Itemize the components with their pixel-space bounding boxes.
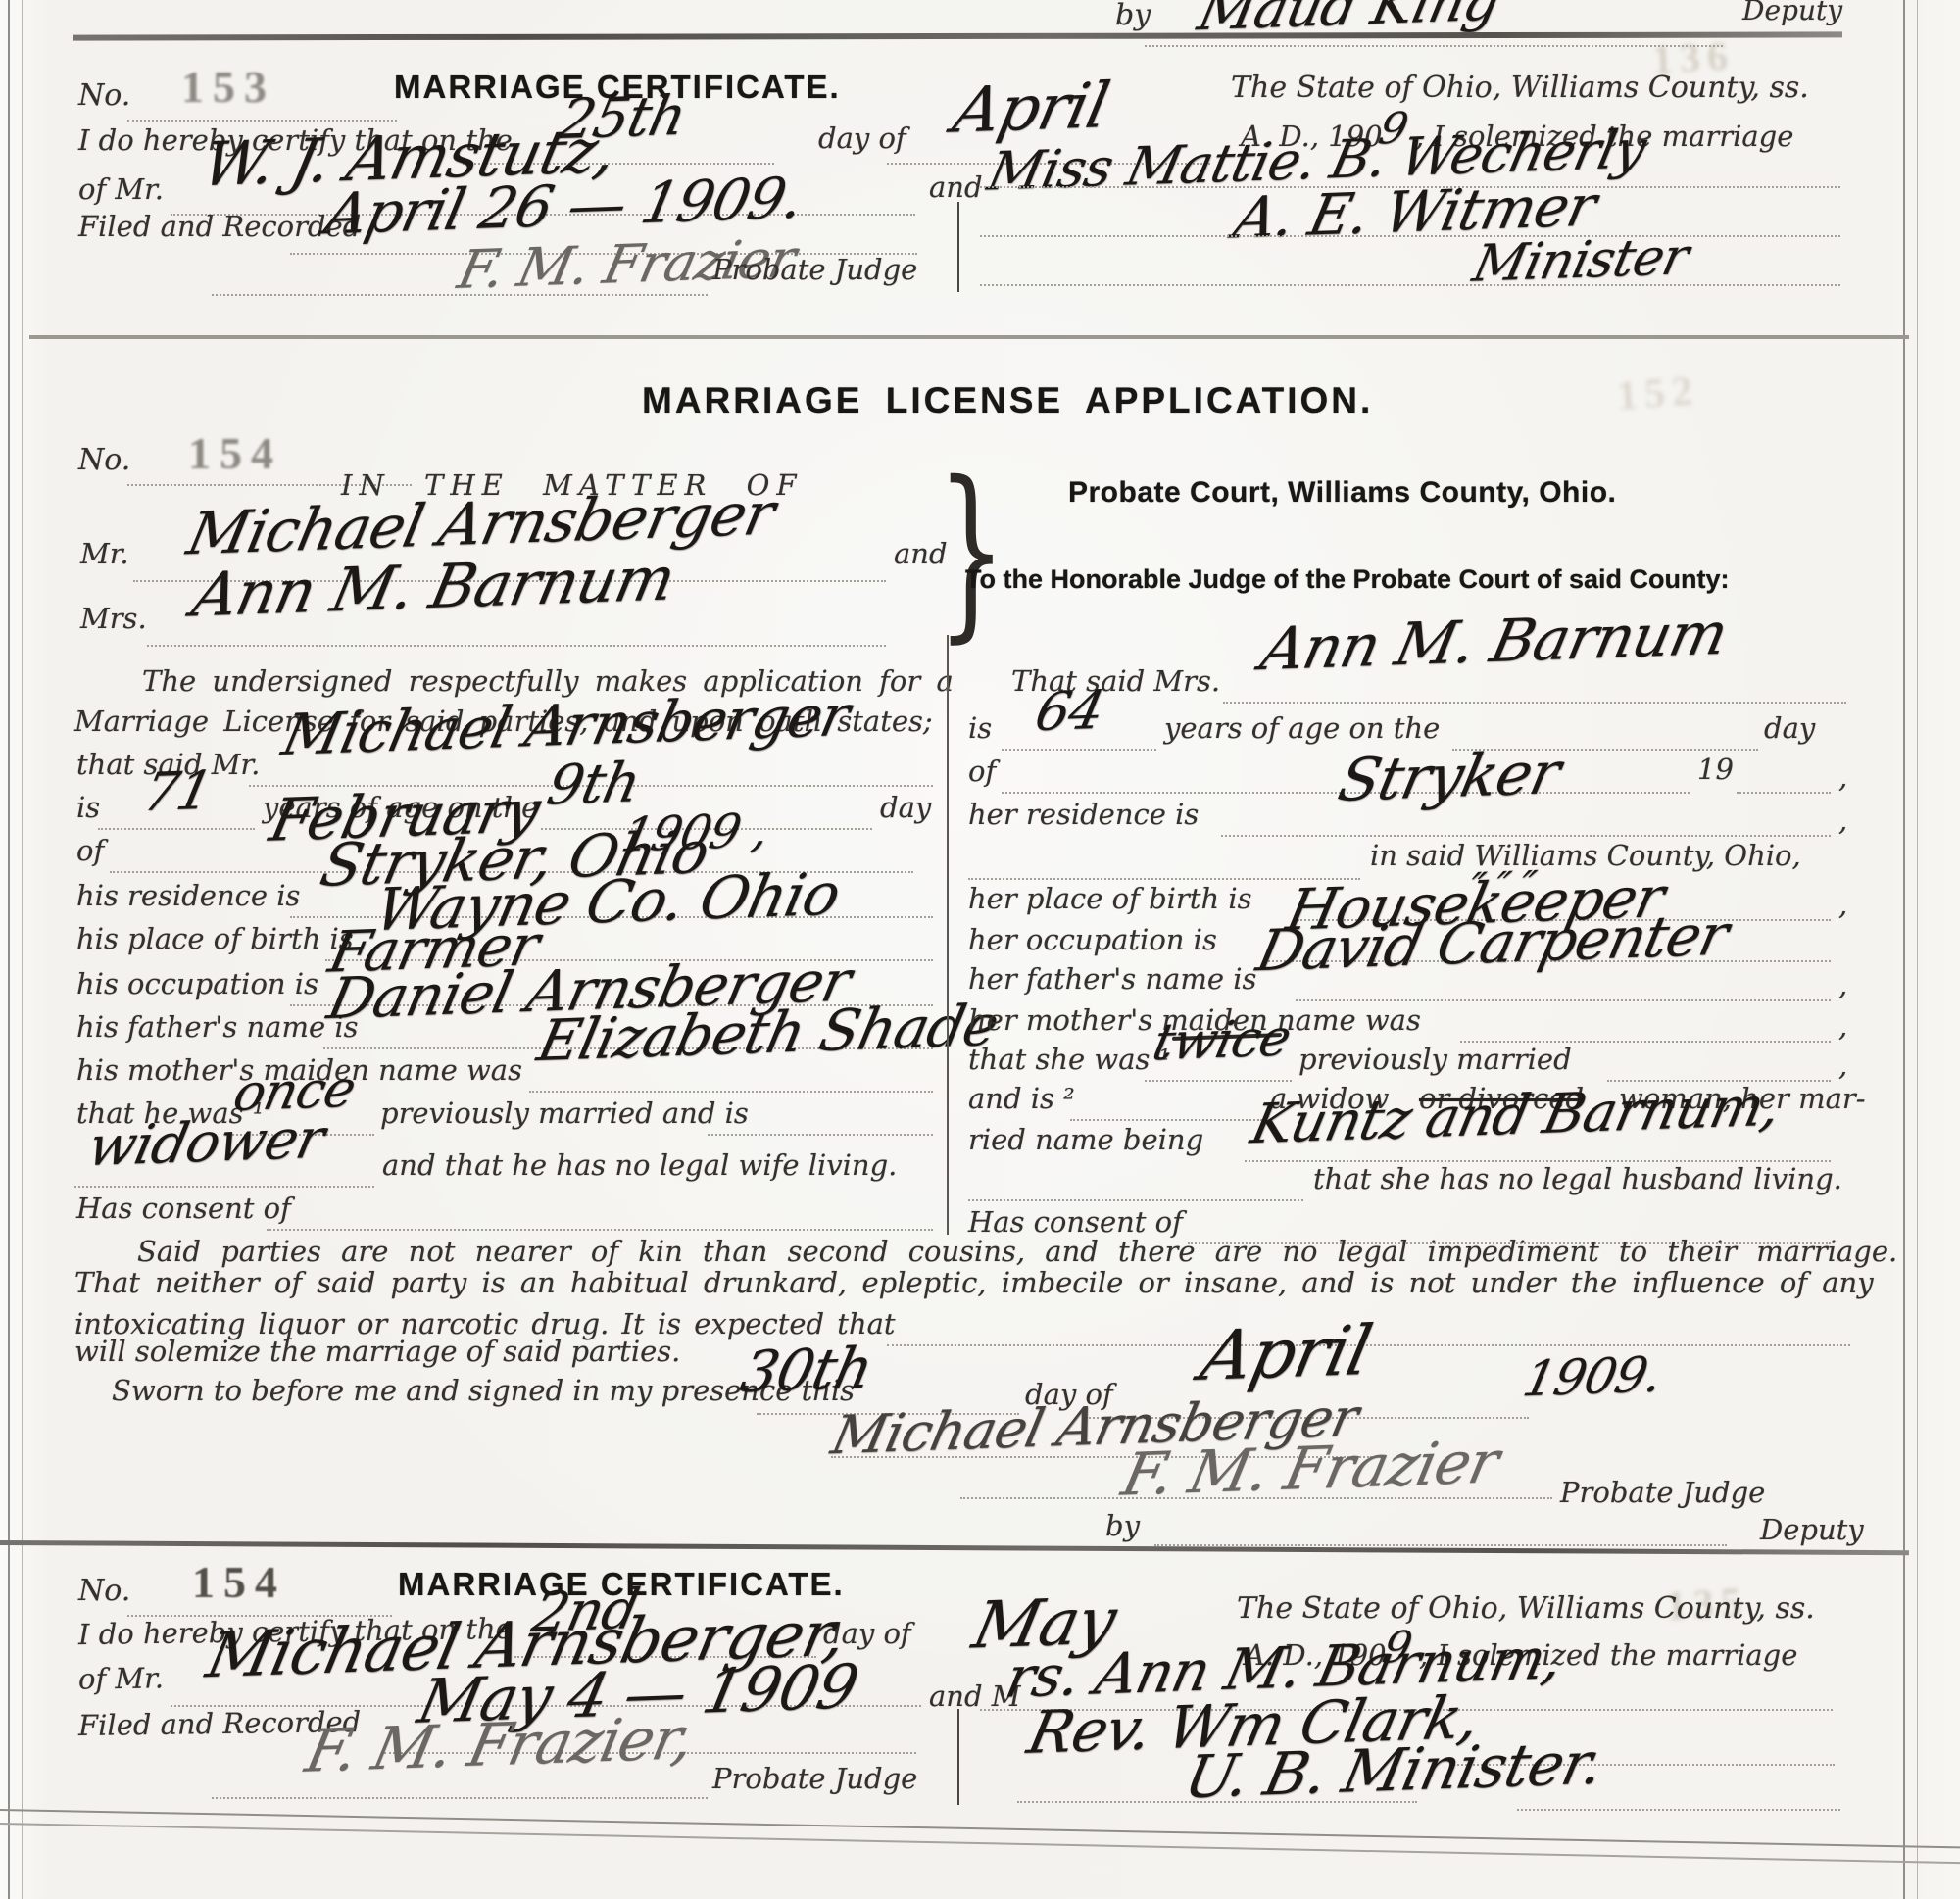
female-and-is-label: and is ² xyxy=(968,1082,1075,1115)
male-consent-label: Has consent of xyxy=(76,1192,291,1225)
scanned-marriage-record-page: 136 152 135 by Maud King Deputy No. 153 … xyxy=(0,0,1960,1899)
application-by-label: by xyxy=(1105,1509,1140,1542)
blank-line xyxy=(968,1199,1303,1201)
female-birthplace-label: her place of birth is xyxy=(968,882,1252,915)
female-name-value: Ann M. Barnum xyxy=(1255,600,1734,684)
female-day-label: day xyxy=(1764,711,1815,745)
female-residence-value: Stryker xyxy=(1333,739,1566,815)
blank-line xyxy=(127,120,397,122)
blank-line xyxy=(960,1497,1552,1499)
male-of-label: of xyxy=(76,834,104,867)
line-end-comma: , xyxy=(1838,760,1847,794)
blank-line xyxy=(1017,1801,1417,1803)
female-age-mid-label: years of age on the xyxy=(1164,711,1440,745)
cert154-no-label: No. xyxy=(78,1574,130,1608)
ghost-stamp: 152 xyxy=(1615,367,1700,420)
application-title: MARRIAGE LICENSE APPLICATION. xyxy=(642,380,1373,421)
cert154-minister-title: U. B. Minister. xyxy=(1179,1729,1609,1813)
cert153-judge-label: Probate Judge xyxy=(712,253,917,286)
blank-line xyxy=(1296,999,1831,1001)
affirmation-line: That neither of said party is an habitua… xyxy=(74,1266,1874,1299)
blank-line xyxy=(212,294,708,296)
cert154-state-line: The State of Ohio, Williams County, ss. xyxy=(1237,1591,1815,1626)
male-no-wife-label: and that he has no legal wife living. xyxy=(382,1148,897,1182)
female-father-label: her father's name is xyxy=(968,962,1256,996)
female-married-label: that she was ¹ xyxy=(968,1043,1170,1076)
application-column-divider xyxy=(947,635,949,1235)
cert153-state-line: The State of Ohio, Williams County, ss. xyxy=(1231,71,1809,105)
probate-court-heading: Probate Court, Williams County, Ohio. xyxy=(1068,476,1616,510)
cert153-of-mr-label: of Mr. xyxy=(78,172,164,206)
blank-line xyxy=(1737,792,1831,794)
sworn-day-value: 30th xyxy=(735,1335,878,1406)
blank-line xyxy=(267,1229,933,1231)
female-ried-name-label: ried name being xyxy=(968,1123,1203,1156)
page-left-edge-line-inner xyxy=(22,0,23,1899)
sworn-year-value: 1909. xyxy=(1518,1346,1667,1408)
blank-line xyxy=(1002,749,1156,751)
affirmation-line: Said parties are not nearer of kin than … xyxy=(137,1235,1897,1268)
female-year-19-label: 19 xyxy=(1697,753,1734,786)
blank-line xyxy=(980,235,1840,237)
section-divider-bar xyxy=(0,1540,1909,1555)
blank-line xyxy=(147,645,886,647)
cert154-judge-label: Probate Judge xyxy=(712,1762,917,1795)
female-of-label: of xyxy=(968,755,996,788)
female-is-label: is xyxy=(968,711,992,745)
blank-line xyxy=(980,284,1840,286)
female-no-husband-label: that she has no legal husband living. xyxy=(1313,1162,1842,1195)
application-mr-label: Mr. xyxy=(80,537,129,570)
line-end-comma: , xyxy=(1838,803,1847,837)
blank-line xyxy=(74,1186,374,1188)
blank-line xyxy=(529,1091,933,1093)
cert154-column-divider xyxy=(957,1709,959,1805)
female-married-post-label: previously married xyxy=(1298,1043,1572,1076)
male-occupation-label: his occupation is xyxy=(76,967,318,1000)
affirmation-line: will solemize the marriage of said parti… xyxy=(74,1335,680,1368)
line-end-comma: , xyxy=(1838,1009,1847,1043)
line-end-comma: , xyxy=(1838,888,1847,921)
honorable-judge-heading: To the Honorable Judge of the Probate Co… xyxy=(965,564,1730,595)
cert153-month-value: April xyxy=(947,70,1114,147)
male-day-label: day xyxy=(880,791,931,824)
female-occupation-label: her occupation is xyxy=(968,923,1217,956)
cert153-number-stamp: 153 xyxy=(181,61,275,113)
brace-glyph: } xyxy=(937,443,1006,660)
cert153-day-of-label: day of xyxy=(818,122,906,155)
blank-line xyxy=(212,1797,708,1799)
cert154-number-stamp: 154 xyxy=(192,1556,286,1608)
blank-line xyxy=(1145,45,1723,47)
cert153-filed-label: Filed and Recorded xyxy=(78,210,361,243)
application-judge-label: Probate Judge xyxy=(1560,1476,1765,1509)
application-mrs-label: Mrs. xyxy=(80,602,147,635)
blank-line xyxy=(1221,835,1831,837)
cert153-column-divider xyxy=(957,202,959,292)
female-consent-label: Has consent of xyxy=(968,1205,1183,1239)
blank-line xyxy=(1517,1809,1840,1811)
male-is-label: is xyxy=(76,791,100,824)
blank-line xyxy=(708,1134,933,1136)
prev-by-label: by xyxy=(1115,0,1151,32)
blank-line xyxy=(1070,1119,1262,1121)
male-status-value: widower xyxy=(82,1107,329,1179)
male-residence-label: his residence is xyxy=(76,879,300,912)
line-end-comma: , xyxy=(1838,968,1847,1001)
male-age-value: 71 xyxy=(138,759,218,823)
application-no-label: No. xyxy=(78,443,130,477)
section-divider-bar xyxy=(73,31,1842,40)
page-right-edge-line xyxy=(1903,0,1905,1899)
female-age-value: 64 xyxy=(1030,679,1109,743)
male-married-post-label: previously married and is xyxy=(380,1096,749,1130)
page-right-edge-line-inner xyxy=(1917,0,1918,1899)
application-deputy-label: Deputy xyxy=(1760,1513,1864,1546)
page-left-edge-line xyxy=(8,0,10,1899)
female-times-married-value: twice xyxy=(1148,1009,1296,1073)
cert153-and-label: and xyxy=(929,170,983,204)
blank-line xyxy=(98,828,255,830)
female-residence-label: her residence is xyxy=(968,798,1199,831)
male-birthplace-label: his place of birth is xyxy=(76,922,354,955)
blank-line xyxy=(1223,702,1846,704)
application-number-stamp: 154 xyxy=(188,427,282,479)
prev-deputy-label: Deputy xyxy=(1742,0,1842,26)
cert154-of-mr-label: of Mr. xyxy=(78,1661,164,1695)
male-father-label: his father's name is xyxy=(76,1010,359,1044)
line-end-comma: , xyxy=(1838,1048,1847,1082)
cert154-judge-signature: F. M. Frazier, xyxy=(300,1704,700,1786)
cert153-no-label: No. xyxy=(78,78,130,113)
section-divider-bar xyxy=(29,335,1909,339)
sworn-month-value: April xyxy=(1195,1310,1379,1396)
